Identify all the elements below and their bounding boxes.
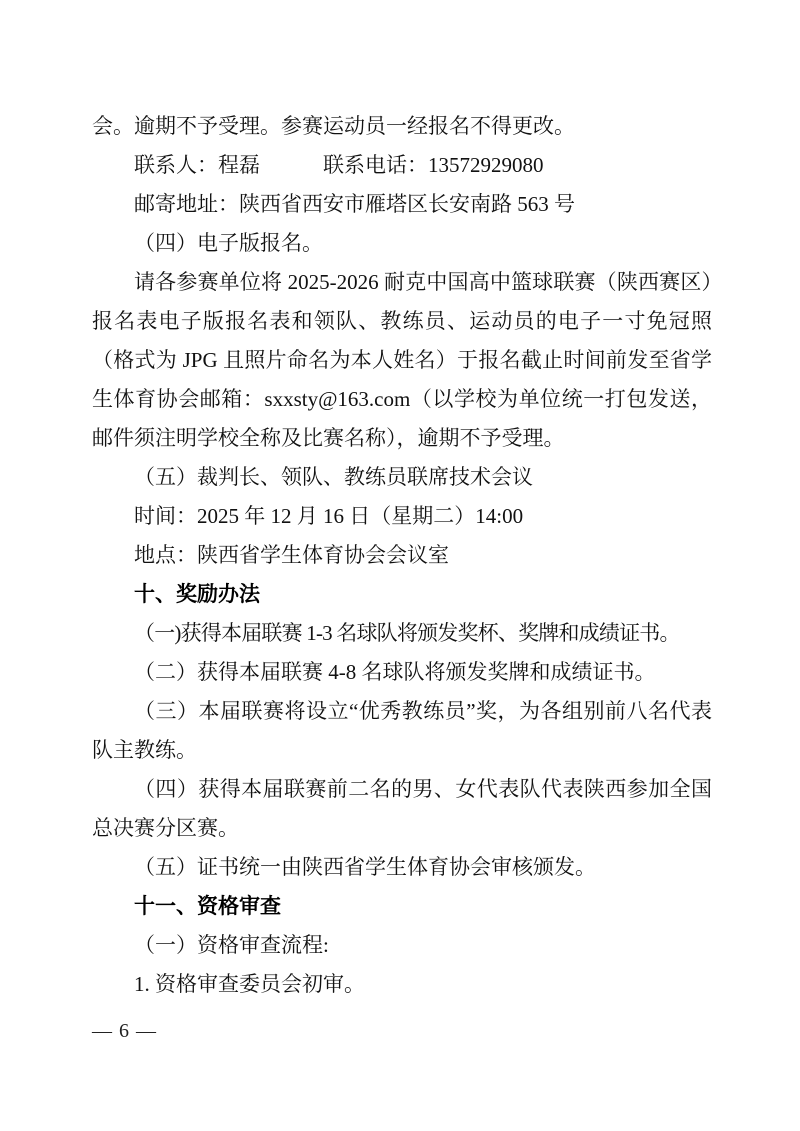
body-line-review-process: （一）资格审查流程:: [92, 926, 712, 965]
body-line-certificate-issue: （五）证书统一由陕西省学生体育协会审核颁发。: [92, 848, 712, 887]
body-line-committee-review: 1. 资格审查委员会初审。: [92, 965, 712, 1004]
body-line-meeting-location: 地点：陕西省学生体育协会会议室: [92, 536, 712, 575]
section-heading-awards: 十、奖励办法: [92, 575, 712, 614]
body-line-continuation: 会。逾期不予受理。参赛运动员一经报名不得更改。: [92, 107, 712, 146]
body-line-contact-person: 联系人：程磊 联系电话：13572929080: [92, 146, 712, 185]
body-line-award-top3: （一)获得本届联赛 1-3 名球队将颁发奖杯、奖牌和成绩证书。: [92, 614, 712, 653]
body-line-item4-electronic: （四）电子版报名。: [92, 224, 712, 263]
body-paragraph-coach-award: （三）本届联赛将设立“优秀教练员”奖，为各组别前八名代表队主教练。: [92, 692, 712, 770]
body-line-mailing-address: 邮寄地址：陕西省西安市雁塔区长安南路 563 号: [92, 185, 712, 224]
body-paragraph-registration: 请各参赛单位将 2025-2026 耐克中国高中篮球联赛（陕西赛区）报名表电子版…: [92, 263, 712, 458]
body-line-award-4to8: （二）获得本届联赛 4-8 名球队将颁发奖牌和成绩证书。: [92, 653, 712, 692]
document-page: 会。逾期不予受理。参赛运动员一经报名不得更改。 联系人：程磊 联系电话：1357…: [0, 0, 800, 1131]
section-heading-eligibility: 十一、资格审查: [92, 887, 712, 926]
document-body: 会。逾期不予受理。参赛运动员一经报名不得更改。 联系人：程磊 联系电话：1357…: [92, 107, 712, 1004]
body-line-meeting-time: 时间：2025 年 12 月 16 日（星期二）14:00: [92, 497, 712, 536]
body-line-item5-meeting: （五）裁判长、领队、教练员联席技术会议: [92, 458, 712, 497]
page-number: — 6 —: [92, 1012, 157, 1051]
body-paragraph-national-finals: （四）获得本届联赛前二名的男、女代表队代表陕西参加全国总决赛分区赛。: [92, 770, 712, 848]
